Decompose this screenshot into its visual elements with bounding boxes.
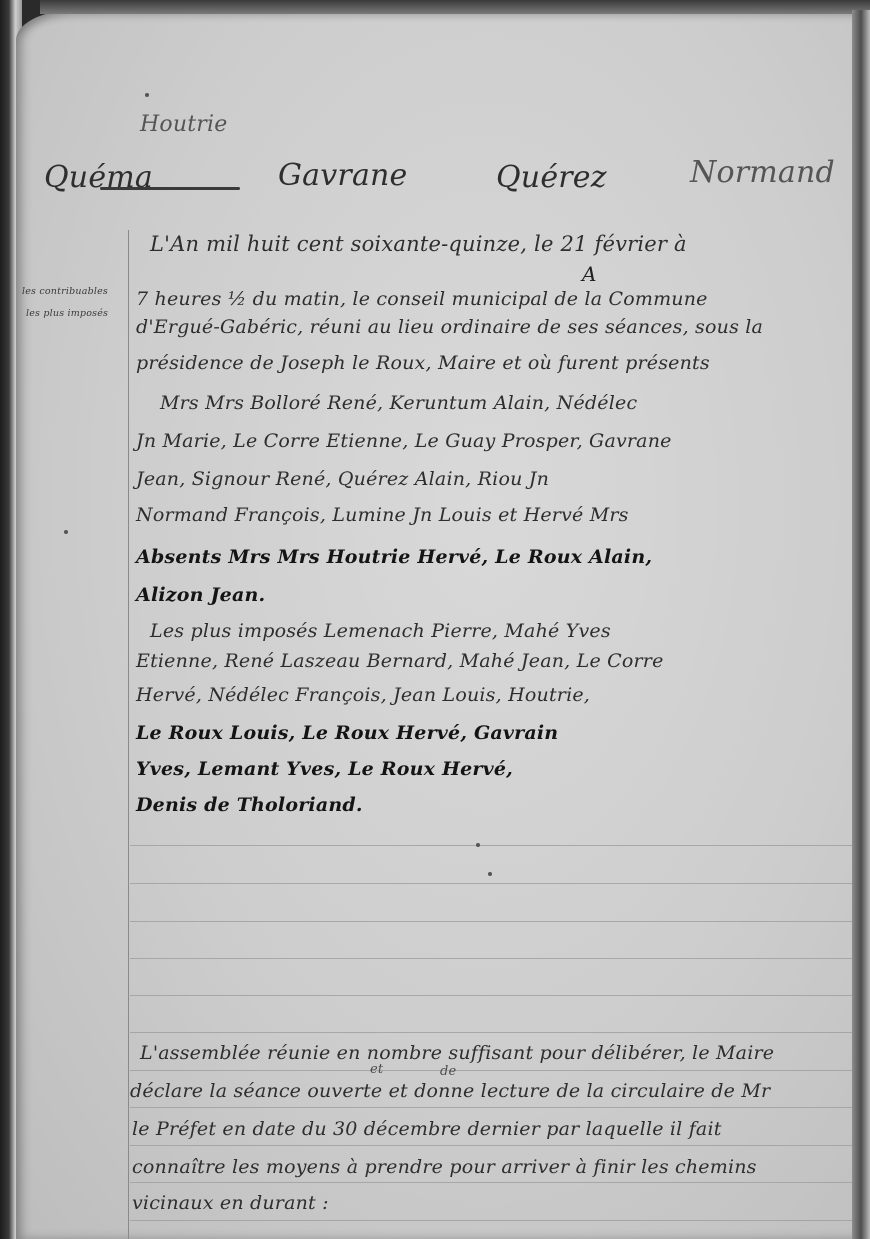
- imposes-line: Etienne, René Laszeau Bernard, Mahé Jean…: [136, 650, 664, 672]
- text-line: connaître les moyens à prendre pour arri…: [132, 1156, 757, 1178]
- header-underline: [100, 187, 240, 190]
- ink-speck: [476, 843, 480, 847]
- interlinear-insert: et: [370, 1062, 383, 1077]
- ink-speck: [145, 93, 149, 97]
- text-line: Normand François, Lumine Jn Louis et Her…: [136, 504, 629, 526]
- ink-speck: [64, 530, 68, 534]
- text-line: Jn Marie, Le Corre Etienne, Le Guay Pros…: [136, 430, 672, 452]
- ruled-line: [130, 1182, 852, 1183]
- text-line: le Préfet en date du 30 décembre dernier…: [132, 1118, 722, 1140]
- ruled-line: [130, 845, 852, 846]
- ruled-line: [130, 995, 852, 996]
- header-annotation: Houtrie: [140, 112, 227, 137]
- text-line: 7 heures ½ du matin, le conseil municipa…: [136, 288, 708, 310]
- ruled-line: [130, 1032, 852, 1033]
- ruled-line: [130, 883, 852, 884]
- text-line: Mrs Mrs Bolloré René, Keruntum Alain, Né…: [160, 392, 637, 414]
- absents-line: Absents Mrs Mrs Houtrie Hervé, Le Roux A…: [136, 546, 652, 568]
- page-right-fold: [852, 10, 870, 1239]
- text-line: Jean, Signour René, Quérez Alain, Riou J…: [136, 468, 549, 490]
- imposes-line: Le Roux Louis, Le Roux Hervé, Gavrain: [136, 722, 558, 744]
- page-top-edge: [40, 0, 870, 14]
- imposes-line: Yves, Lemant Yves, Le Roux Hervé,: [136, 758, 513, 780]
- ruled-line: [130, 1107, 852, 1108]
- text-line: d'Ergué-Gabéric, réuni au lieu ordinaire…: [136, 316, 763, 338]
- imposes-line: Denis de Tholoriand.: [136, 794, 363, 816]
- ruled-line: [130, 1070, 852, 1071]
- text-line: L'assemblée réunie en nombre suffisant p…: [140, 1042, 774, 1064]
- header-name-2: Gavrane: [278, 158, 408, 193]
- absents-line: Alizon Jean.: [136, 584, 265, 606]
- imposes-line: Hervé, Nédélec François, Jean Louis, Hou…: [136, 684, 590, 706]
- ruled-line: [130, 958, 852, 959]
- margin-rule: [128, 230, 129, 1239]
- text-line: présidence de Joseph le Roux, Maire et o…: [136, 352, 710, 374]
- header-name-3: Quérez: [496, 160, 607, 195]
- ruled-line: [130, 1145, 852, 1146]
- ruled-line: [130, 921, 852, 922]
- text-line: déclare la séance ouverte et donne lectu…: [130, 1080, 770, 1102]
- ink-speck: [488, 872, 492, 876]
- margin-note-line-1: les contribuables: [22, 286, 108, 297]
- text-line: vicinaux en durant :: [132, 1192, 329, 1214]
- header-name-4: Normand: [690, 155, 835, 190]
- ruled-line: [130, 1220, 852, 1221]
- text-line: L'An mil huit cent soixante-quinze, le 2…: [150, 232, 687, 256]
- imposes-line: Les plus imposés Lemenach Pierre, Mahé Y…: [150, 620, 611, 642]
- caret-insert-mark: A: [582, 262, 597, 286]
- interlinear-insert: de: [440, 1064, 456, 1079]
- margin-note-line-2: les plus imposés: [26, 308, 108, 319]
